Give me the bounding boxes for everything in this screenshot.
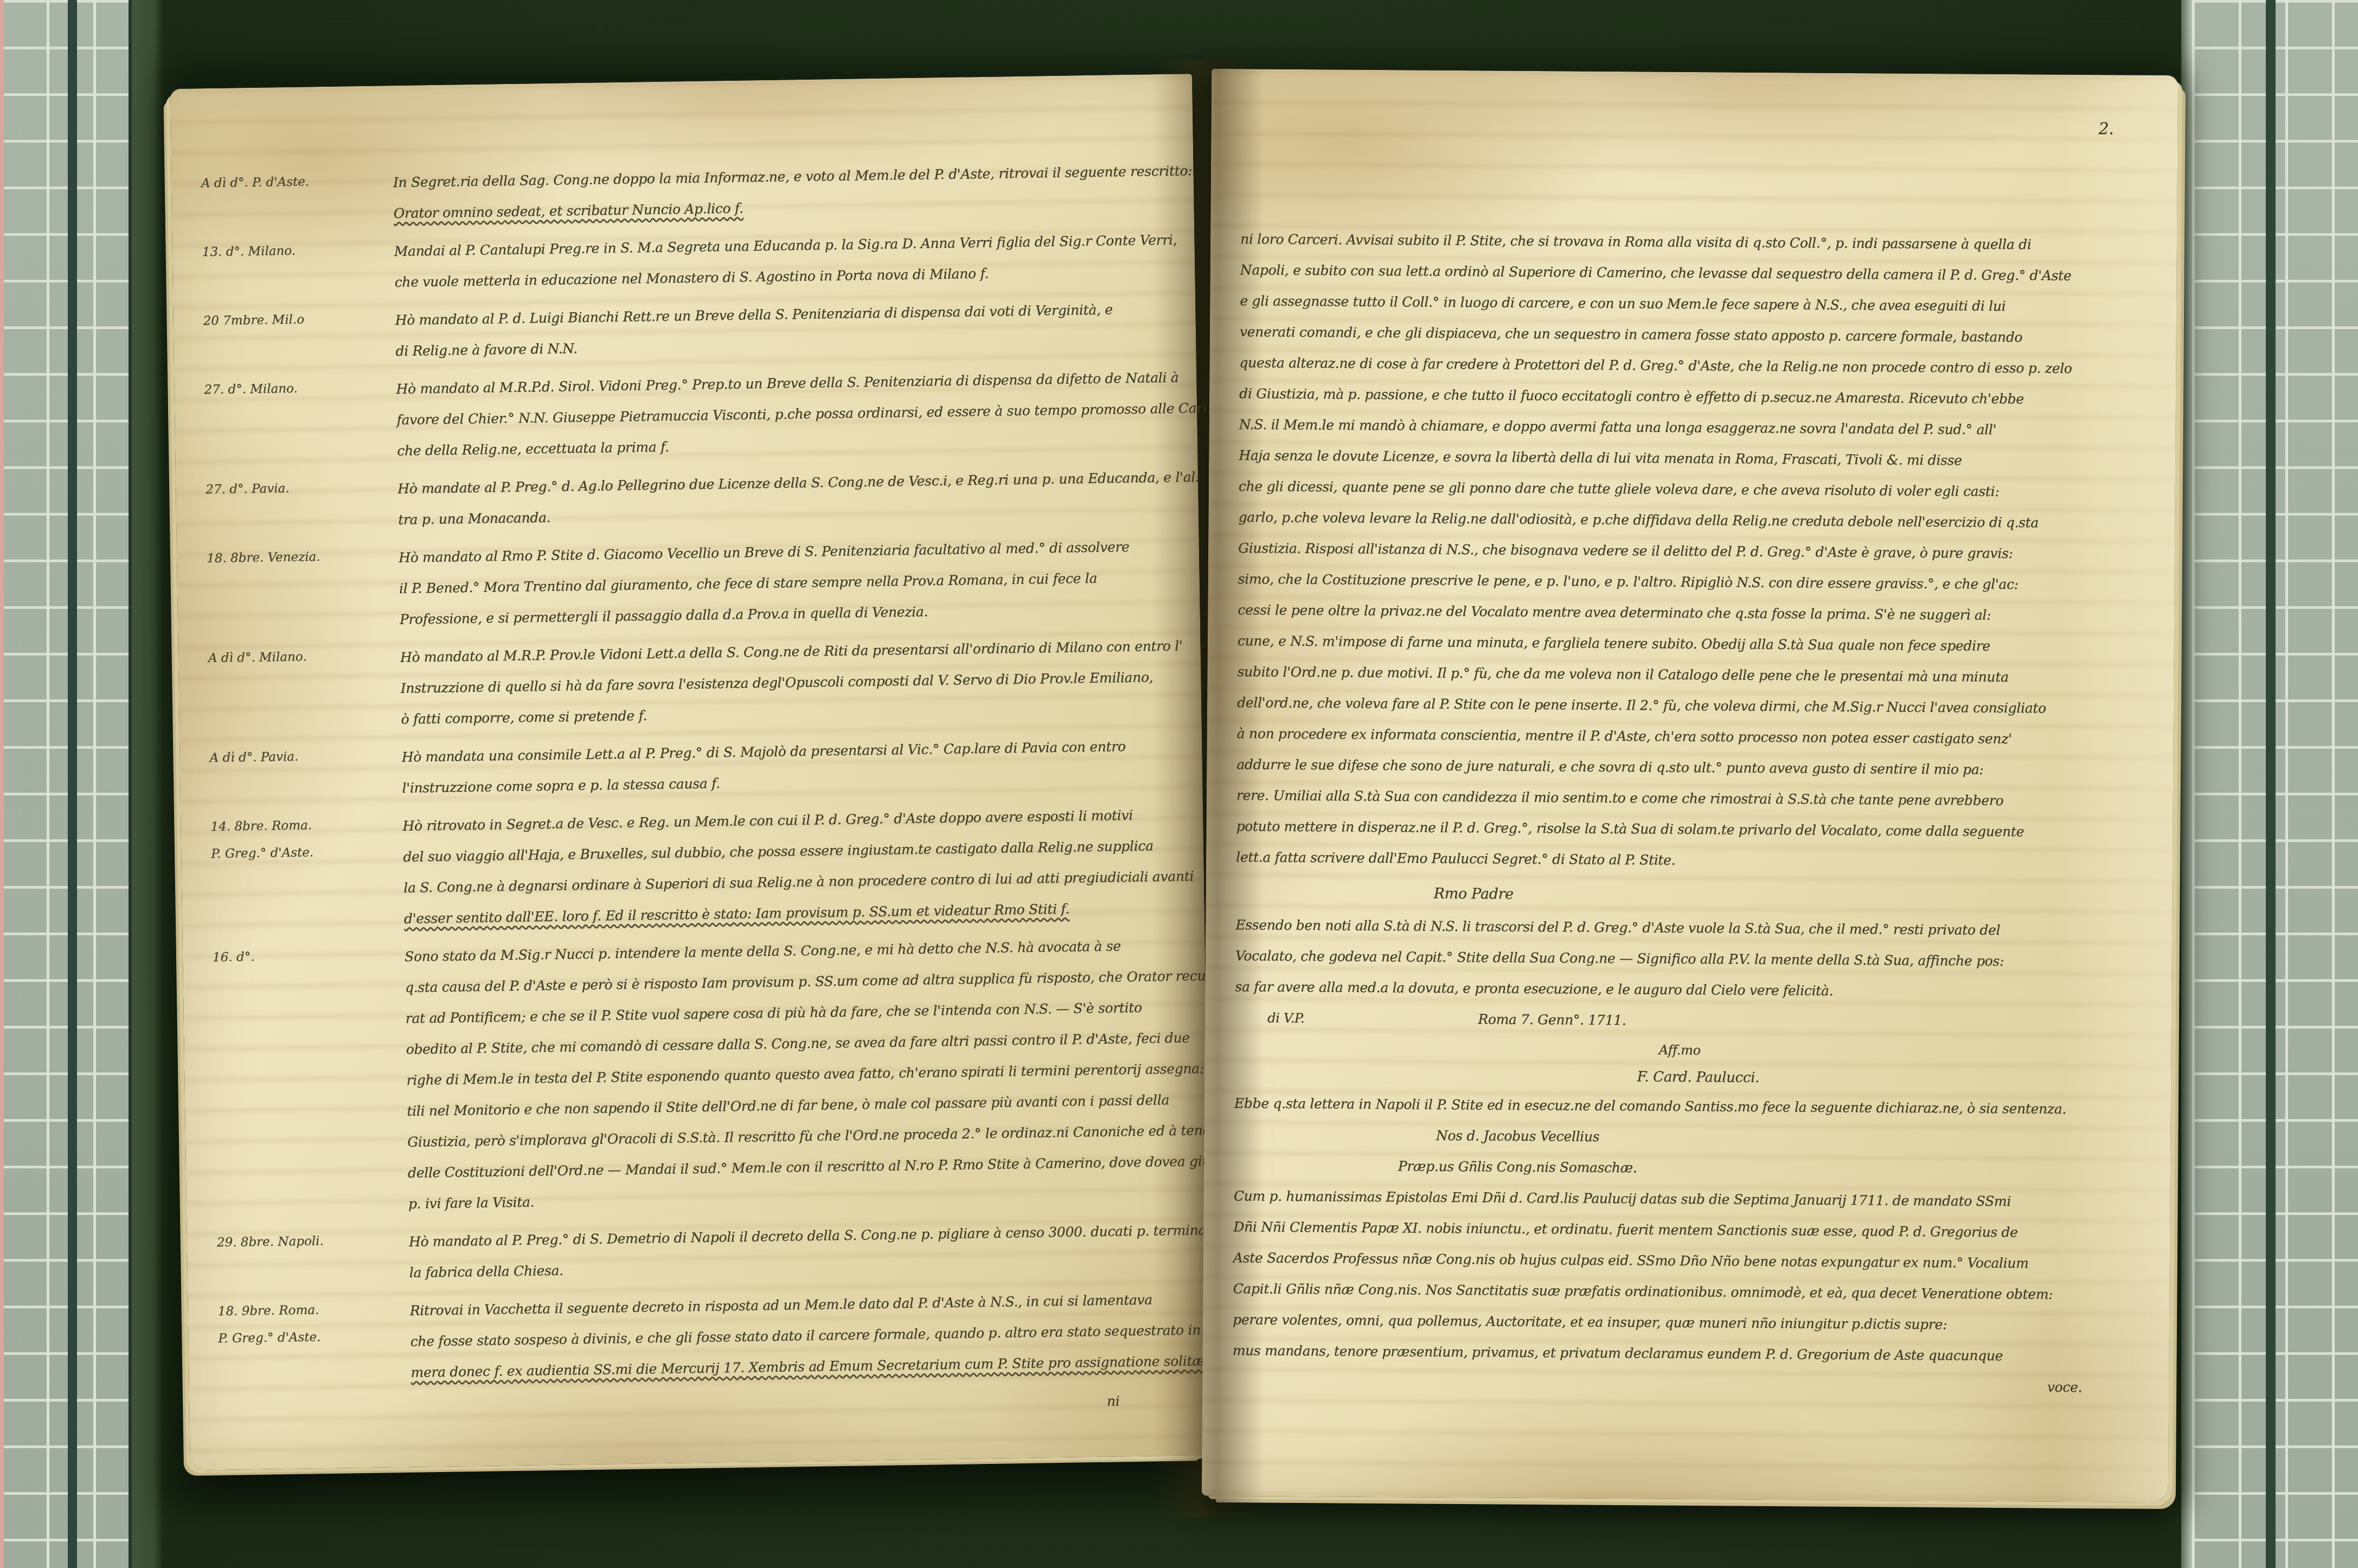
register-entry: A dì d°. Pavia.Hò mandata una consimile … <box>209 730 1181 807</box>
left-page-entries: A dì d°. P. d'Aste.In Segret.ria della S… <box>170 74 1212 1398</box>
entry-text: Hò mandato al Rmo P. Stite d. Giacomo Ve… <box>399 531 1178 635</box>
declaration-name: Nos d. Jacobus Vecellius <box>1234 1119 1801 1153</box>
manuscript-line: mus mandans, tenore præsentium, privamus… <box>1233 1335 2148 1372</box>
margin-label: 13. d°. Milano. <box>202 236 376 266</box>
entry-text: Hò mandata una consimile Lett.a al P. Pr… <box>401 730 1181 804</box>
catchword-right: voce. <box>1232 1366 2147 1403</box>
register-entry: 18. 9bre. Roma.P. Greg.° d'Aste.Ritrovai… <box>217 1284 1189 1391</box>
letter-closing-block: Aff.mo F. Card. Paulucci. <box>1637 1036 2149 1094</box>
register-entry: A dì d°. P. d'Aste.In Segret.ria della S… <box>201 156 1172 232</box>
letter-heading: Rmo Padre <box>1235 876 1712 912</box>
scale-divider-line-right <box>2266 0 2276 1568</box>
right-page-paragraph: ni loro Carceri. Avvisai subito il P. St… <box>1236 223 2155 879</box>
entry-margin-date: 20 7mbre. Mil.o <box>203 305 377 370</box>
register-entry: 13. d°. Milano.Mandai al P. Cantalupi Pr… <box>202 224 1173 301</box>
register-entry: 27. d°. Pavia.Hò mandate al P. Preg.° d.… <box>206 462 1177 538</box>
margin-label: 14. 8bre. Roma. <box>210 811 385 840</box>
margin-label: 27. d°. Pavia. <box>206 473 380 503</box>
entry-text: Hò mandato al M.R.P. Prov.le Vidoni Lett… <box>400 631 1180 735</box>
entry-margin-date: A dì d°. P. d'Aste. <box>201 168 375 232</box>
margin-label: 18. 8bre. Venezia. <box>207 542 381 572</box>
register-entry: 27. d°. Milano.Hò mandato al M.R.P.d. Si… <box>204 362 1176 470</box>
measurement-scale-left <box>0 0 132 1568</box>
letter-body: Essendo ben noti alla S.tà di N.S. li tr… <box>1235 909 2150 1008</box>
entry-margin-date: 18. 9bre. Roma.P. Greg.° d'Aste. <box>217 1295 393 1391</box>
manuscript-photo: A dì d°. P. d'Aste.In Segret.ria della S… <box>0 0 2358 1568</box>
letter-dateline: Roma 7. Genn°. 1711. <box>1478 1004 1626 1036</box>
right-page-text: ni loro Carceri. Avvisai subito il P. St… <box>1202 69 2178 1403</box>
entry-text: Hò ritrovato in Segret.a de Vesc. e Reg.… <box>402 799 1183 934</box>
entry-margin-date: 27. d°. Milano. <box>204 374 379 470</box>
margin-label: P. Greg.° d'Aste. <box>218 1322 392 1352</box>
entry-text: Hò mandato al M.R.P.d. Sirol. Vidoni Pre… <box>396 362 1176 466</box>
entry-text: Sono stato da M.Sig.r Nucci p. intendere… <box>405 930 1187 1219</box>
register-entry: A dì d°. Milano.Hò mandato al M.R.P. Pro… <box>208 631 1180 738</box>
register-entry: 20 7mbre. Mil.oHò mandato al P. d. Luigi… <box>203 293 1174 370</box>
entry-text: Hò mandato al P. d. Luigi Bianchi Rett.r… <box>395 293 1175 367</box>
register-entry: 14. 8bre. Roma.P. Greg.° d'Aste.Hò ritro… <box>210 799 1183 937</box>
catchword-left: ni <box>1107 1393 1120 1409</box>
margin-label: 16. d°. <box>213 941 387 971</box>
margin-label: P. Greg.° d'Aste. <box>211 838 385 867</box>
margin-label: A dì d°. P. d'Aste. <box>201 168 375 197</box>
felt-band <box>132 0 163 1568</box>
color-target-sliver <box>0 0 4 1568</box>
margin-label: A dì d°. Milano. <box>208 642 382 672</box>
entry-text: Hò mandate al P. Preg.° d. Ag.lo Pellegr… <box>398 462 1177 535</box>
scale-divider-line <box>68 0 77 1568</box>
entry-margin-date: 29. 8bre. Napoli. <box>216 1226 391 1291</box>
manuscript-line: sa far avere alla med.a la dovuta, e pro… <box>1235 971 2150 1008</box>
margin-label: A dì d°. Pavia. <box>209 742 383 772</box>
right-page: 2. ni loro Carceri. Avvisai subito il P.… <box>1202 69 2178 1502</box>
scale-grid-area <box>2192 0 2358 1568</box>
entry-margin-date: A dì d°. Milano. <box>208 642 383 737</box>
entry-margin-date: 18. 8bre. Venezia. <box>207 542 382 638</box>
margin-label: 27. d°. Milano. <box>204 374 378 404</box>
register-entry: 16. d°.Sono stato da M.Sig.r Nucci p. in… <box>213 930 1187 1222</box>
register-entry: 29. 8bre. Napoli.Hò mandato al P. Preg.°… <box>216 1215 1188 1291</box>
letter-sender-note: di V.P. <box>1267 1003 1305 1034</box>
left-page: A dì d°. P. d'Aste.In Segret.ria della S… <box>170 74 1213 1470</box>
letter-signature: F. Card. Paulucci. <box>1637 1063 2149 1094</box>
letter-dateline-row: di V.P. Roma 7. Genn°. 1711. <box>1235 1002 2150 1040</box>
manuscript-line: lett.a fatta scrivere dall'Emo Paulucci … <box>1236 841 2151 879</box>
declaration-section: Ebbe q.sta lettera in Napoli il P. Stite… <box>1232 1088 2149 1403</box>
entry-text: Hò mandato al P. Preg.° di S. Demetrio d… <box>408 1215 1188 1288</box>
entry-margin-date: A dì d°. Pavia. <box>209 742 384 806</box>
declaration-title: Præp.us Gñlis Cong.nis Somaschæ. <box>1234 1149 1801 1184</box>
measurement-scale-right <box>2181 0 2358 1568</box>
entry-margin-date: 16. d°. <box>213 941 390 1222</box>
entry-margin-date: 14. 8bre. Roma.P. Greg.° d'Aste. <box>210 811 386 937</box>
declaration-intro: Ebbe q.sta lettera in Napoli il P. Stite… <box>1234 1088 2149 1125</box>
margin-label: 18. 9bre. Roma. <box>217 1295 392 1325</box>
margin-label: 20 7mbre. Mil.o <box>203 305 377 335</box>
letter-closing: Aff.mo <box>1659 1037 2150 1067</box>
declaration-latin: Cum p. humanissimas Epistolas Emi Dñi d.… <box>1233 1180 2149 1372</box>
entry-text: In Segret.ria della Sag. Cong.ne doppo l… <box>393 156 1172 229</box>
entry-margin-date: 27. d°. Pavia. <box>206 473 380 538</box>
entry-margin-date: 13. d°. Milano. <box>202 236 376 301</box>
entry-text: Mandai al P. Cantalupi Preg.re in S. M.a… <box>394 224 1174 298</box>
margin-label: 29. 8bre. Napoli. <box>216 1226 390 1256</box>
entry-text: Ritrovai in Vacchetta il seguente decret… <box>409 1284 1189 1388</box>
paulucci-letter: Rmo Padre Essendo ben noti alla S.tà di … <box>1234 876 2151 1094</box>
register-entry: 18. 8bre. Venezia.Hò mandato al Rmo P. S… <box>207 531 1178 638</box>
